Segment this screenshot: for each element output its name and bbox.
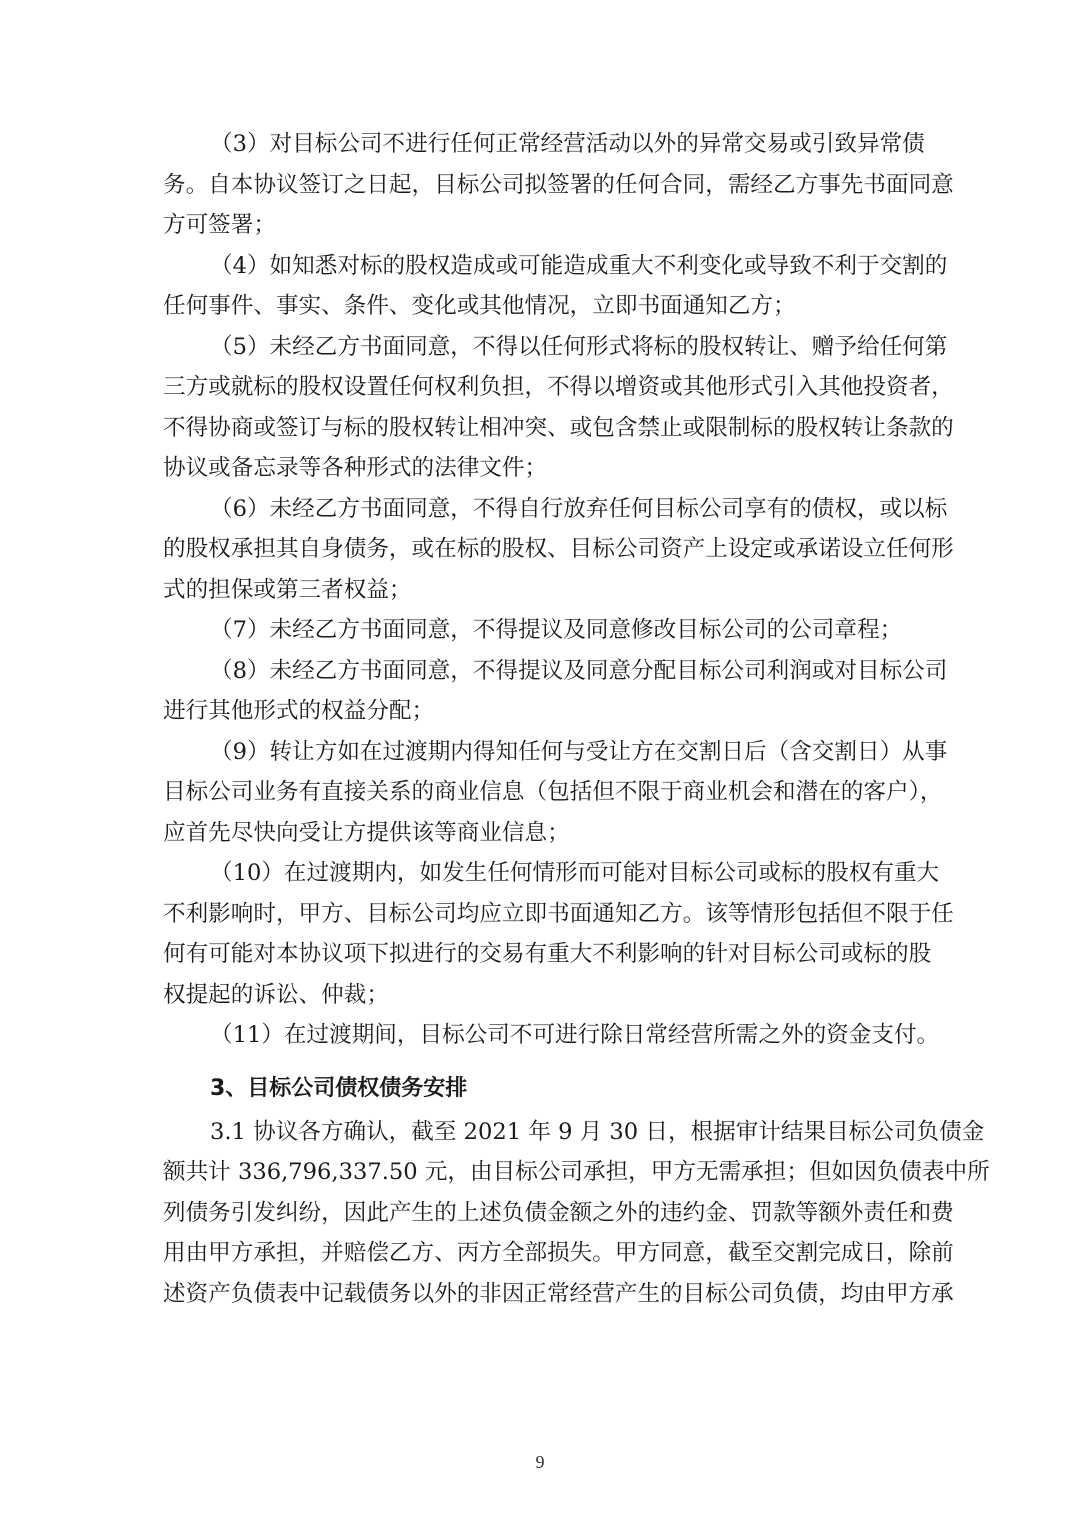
section-heading: 3、目标公司债权债务安排 — [163, 1066, 918, 1112]
text-line: （8）未经乙方书面同意，不得提议及同意分配目标公司利润或对目标公司 — [163, 651, 918, 692]
text-line: （4）如知悉对标的股权造成或可能造成重大不利变化或导致不利于交割的 — [163, 246, 918, 287]
page-number: 9 — [0, 1452, 1080, 1473]
text-line: （10）在过渡期内，如发生任何情形而可能对目标公司或标的股权有重大 — [163, 853, 918, 894]
text-line: 应首先尽快向受让方提供该等商业信息； — [163, 813, 918, 854]
text-line: （11）在过渡期间，目标公司不可进行除日常经营所需之外的资金支付。 — [163, 1015, 918, 1056]
paragraph-item-11: （11）在过渡期间，目标公司不可进行除日常经营所需之外的资金支付。 — [163, 1015, 918, 1056]
text-line: 式的担保或第三者权益； — [163, 570, 918, 611]
text-line: 的股权承担其自身债务，或在标的股权、目标公司资产上设定或承诺设立任何形 — [163, 529, 918, 570]
text-line: （6）未经乙方书面同意，不得自行放弃任何目标公司享有的债权，或以标 — [163, 489, 918, 530]
text-line: （3）对目标公司不进行任何正常经营活动以外的异常交易或引致异常债 — [163, 124, 918, 165]
text-line: 进行其他形式的权益分配； — [163, 691, 918, 732]
document-page: （3）对目标公司不进行任何正常经营活动以外的异常交易或引致异常债 务。自本协议签… — [163, 124, 918, 1314]
paragraph-clause-3-1: 3.1 协议各方确认，截至 2021 年 9 月 30 日，根据审计结果目标公司… — [163, 1112, 918, 1315]
text-line: 方可签署； — [163, 205, 918, 246]
text-line: 目标公司业务有直接关系的商业信息（包括但不限于商业机会和潜在的客户）， — [163, 772, 918, 813]
text-line: 三方或就标的股权设置任何权利负担，不得以增资或其他形式引入其他投资者， — [163, 367, 918, 408]
paragraph-item-4: （4）如知悉对标的股权造成或可能造成重大不利变化或导致不利于交割的 任何事件、事… — [163, 246, 918, 327]
paragraph-item-3: （3）对目标公司不进行任何正常经营活动以外的异常交易或引致异常债 务。自本协议签… — [163, 124, 918, 246]
paragraph-item-5: （5）未经乙方书面同意，不得以任何形式将标的股权转让、赠予给任何第 三方或就标的… — [163, 327, 918, 489]
text-line: 列债务引发纠纷，因此产生的上述负债金额之外的违约金、罚款等额外责任和费 — [163, 1193, 918, 1234]
paragraph-item-6: （6）未经乙方书面同意，不得自行放弃任何目标公司享有的债权，或以标 的股权承担其… — [163, 489, 918, 611]
text-line: （7）未经乙方书面同意，不得提议及同意修改目标公司的公司章程； — [163, 610, 918, 651]
text-line: 务。自本协议签订之日起，目标公司拟签署的任何合同，需经乙方事先书面同意 — [163, 165, 918, 206]
text-line: 何有可能对本协议项下拟进行的交易有重大不利影响的针对目标公司或标的股 — [163, 934, 918, 975]
text-line: 权提起的诉讼、仲裁； — [163, 975, 918, 1016]
text-line: （5）未经乙方书面同意，不得以任何形式将标的股权转让、赠予给任何第 — [163, 327, 918, 368]
paragraph-item-7: （7）未经乙方书面同意，不得提议及同意修改目标公司的公司章程； — [163, 610, 918, 651]
text-line: 不得协商或签订与标的股权转让相冲突、或包含禁止或限制标的股权转让条款的 — [163, 408, 918, 449]
text-line: 3.1 协议各方确认，截至 2021 年 9 月 30 日，根据审计结果目标公司… — [163, 1112, 918, 1153]
paragraph-item-9: （9）转让方如在过渡期内得知任何与受让方在交割日后（含交割日）从事 目标公司业务… — [163, 732, 918, 854]
text-line: 任何事件、事实、条件、变化或其他情况，立即书面通知乙方； — [163, 286, 918, 327]
text-line: （9）转让方如在过渡期内得知任何与受让方在交割日后（含交割日）从事 — [163, 732, 918, 773]
text-line: 述资产负债表中记载债务以外的非因正常经营产生的目标公司负债，均由甲方承 — [163, 1274, 918, 1315]
text-line: 协议或备忘录等各种形式的法律文件； — [163, 448, 918, 489]
text-line: 额共计 336,796,337.50 元，由目标公司承担，甲方无需承担；但如因负… — [163, 1152, 918, 1193]
text-line: 不利影响时，甲方、目标公司均应立即书面通知乙方。该等情形包括但不限于任 — [163, 894, 918, 935]
paragraph-item-10: （10）在过渡期内，如发生任何情形而可能对目标公司或标的股权有重大 不利影响时，… — [163, 853, 918, 1015]
paragraph-item-8: （8）未经乙方书面同意，不得提议及同意分配目标公司利润或对目标公司 进行其他形式… — [163, 651, 918, 732]
text-line: 用由甲方承担，并赔偿乙方、丙方全部损失。甲方同意，截至交割完成日，除前 — [163, 1233, 918, 1274]
